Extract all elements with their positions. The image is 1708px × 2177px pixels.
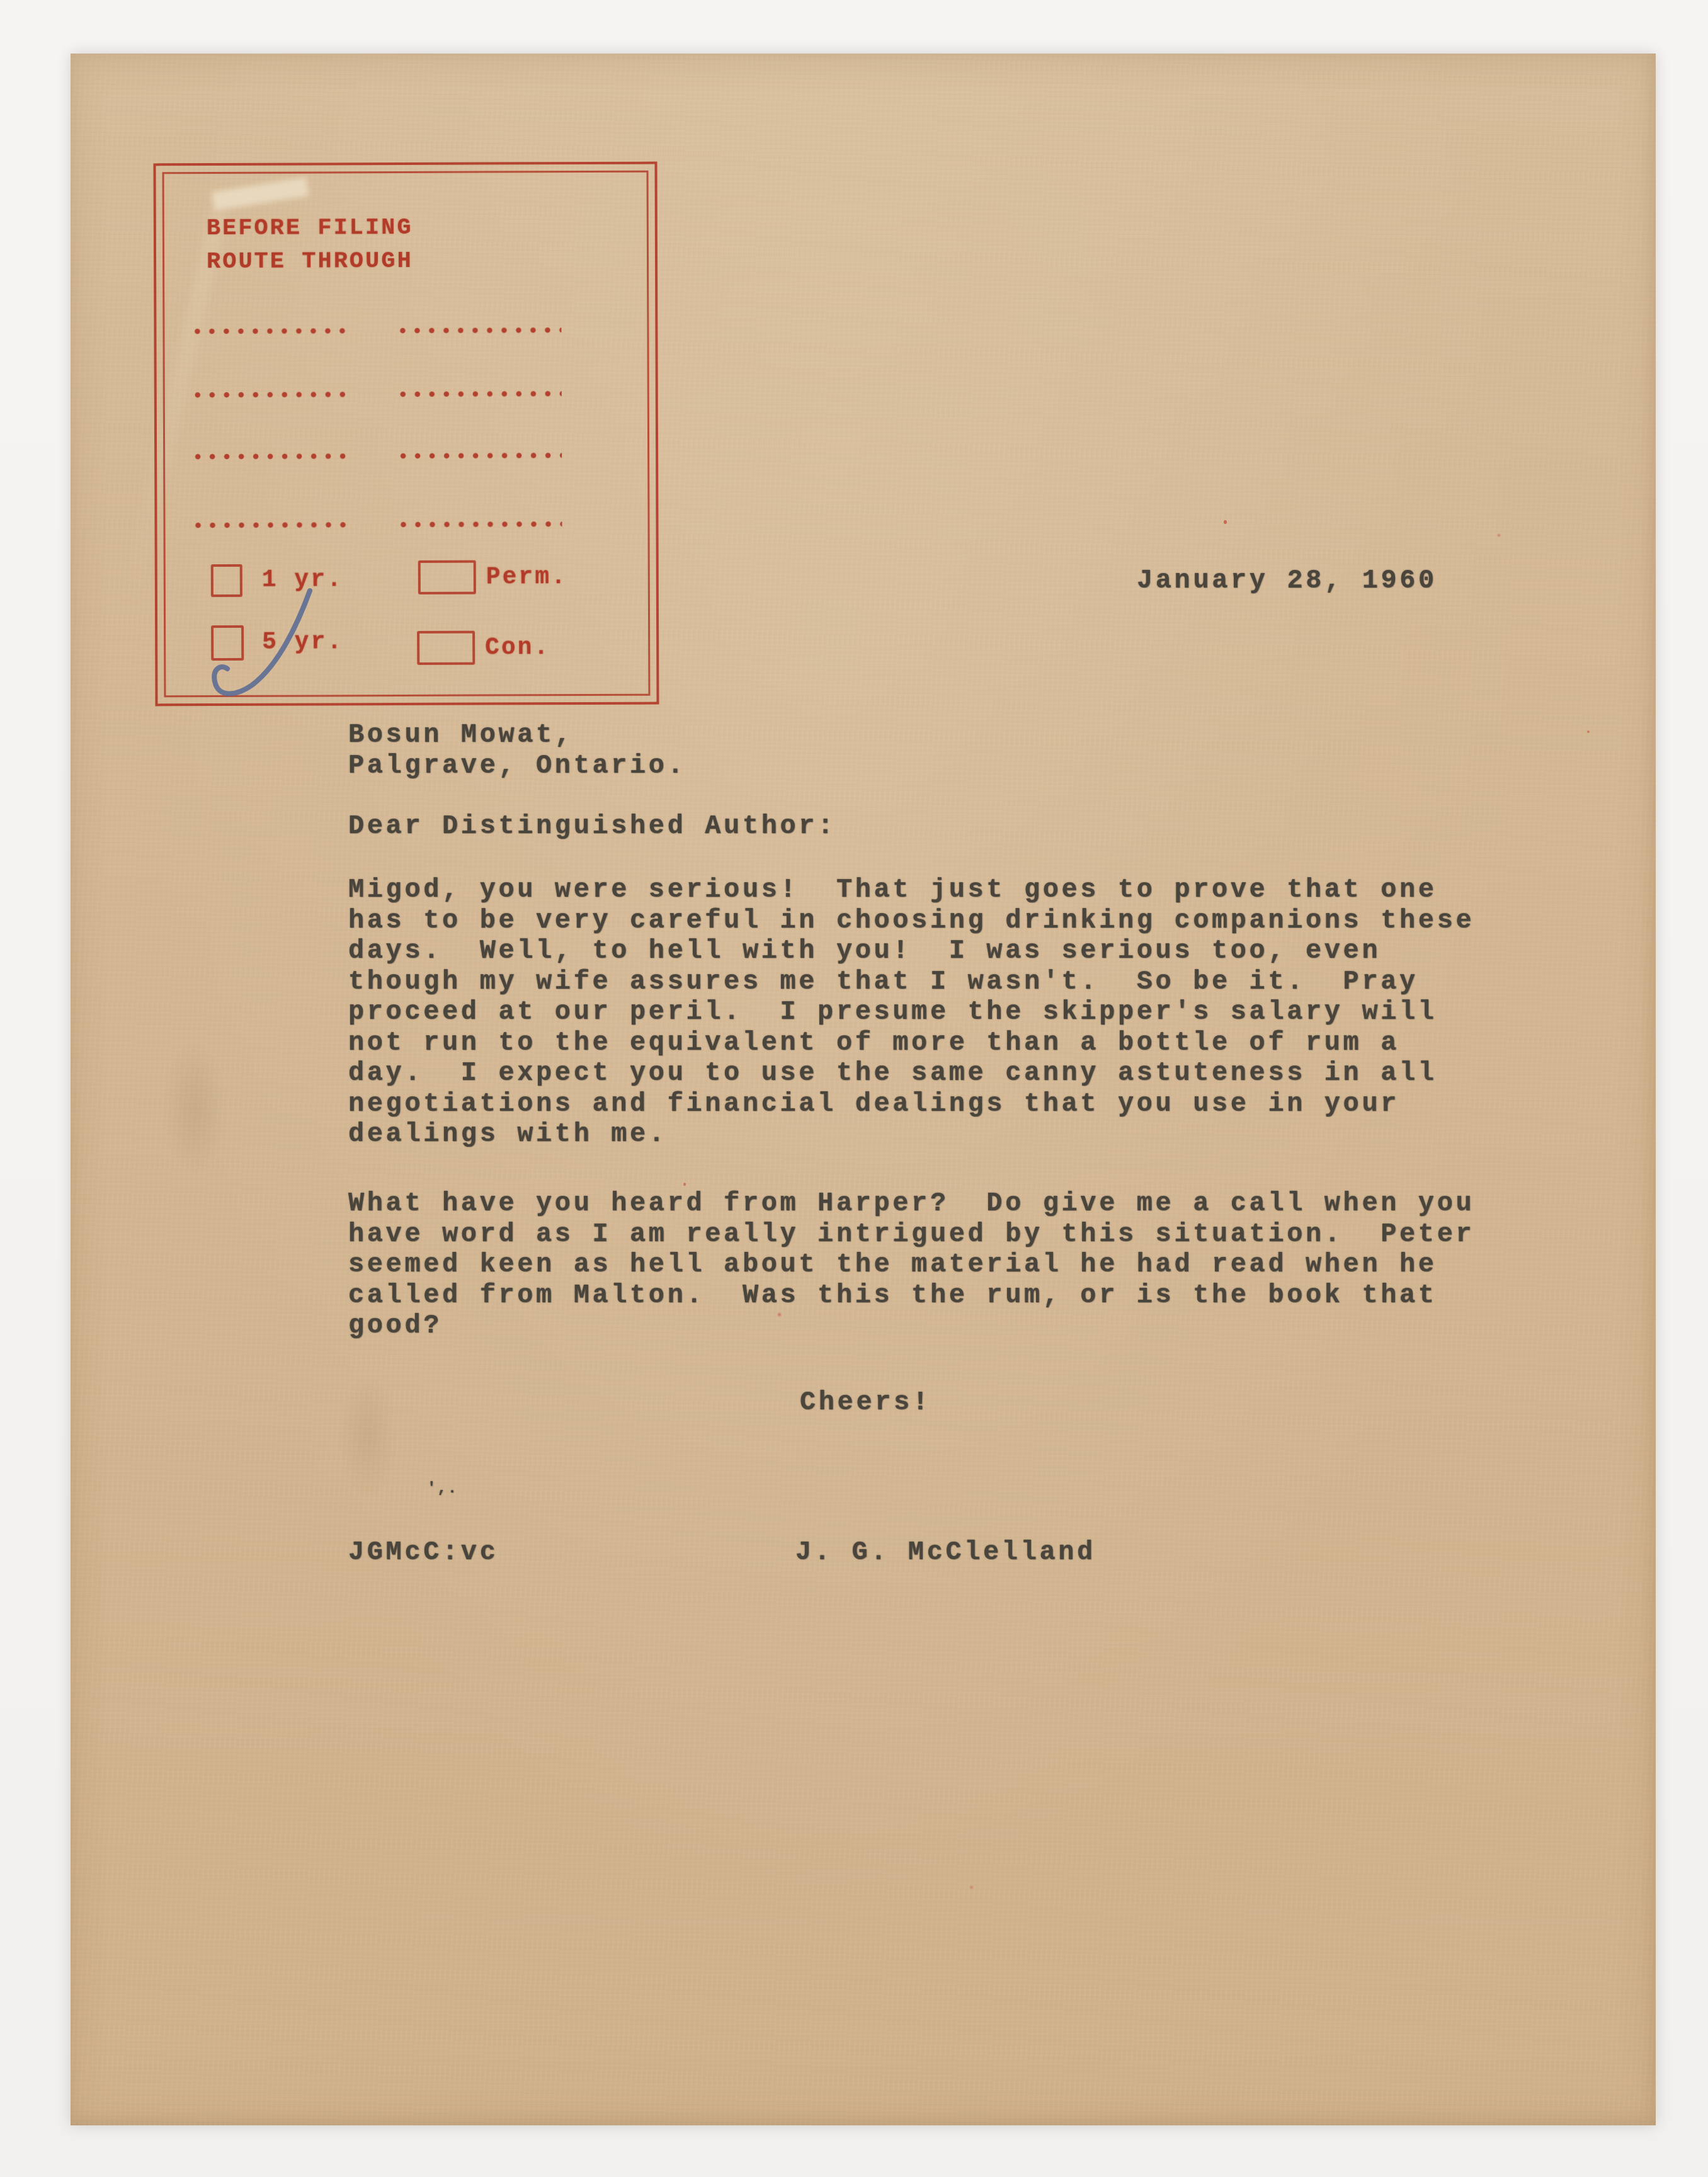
route-dotted-line (399, 452, 562, 460)
route-dotted-line (194, 452, 353, 460)
route-dotted-line (194, 390, 353, 399)
route-dotted-line (399, 390, 562, 398)
recipient-address: Bosun Mowat, Palgrave, Ontario. (348, 720, 686, 781)
typist-initials: JGMcC:vc (348, 1537, 498, 1568)
red-speck (970, 1886, 973, 1889)
salutation: Dear Distinguished Author: (348, 811, 836, 842)
body-paragraph-1: Migod, you were serious! That just goes … (348, 875, 1474, 1150)
paper-stain (341, 1376, 395, 1496)
paper-stain (165, 1042, 225, 1174)
closing: Cheers! (800, 1387, 931, 1418)
route-dotted-line (194, 521, 353, 529)
route-dotted-line (399, 326, 561, 334)
route-dotted-line (193, 327, 353, 335)
body-paragraph-2: What have you heard from Harper? Do give… (348, 1188, 1474, 1341)
signature-name: J. G. McClelland (795, 1537, 1096, 1568)
red-speck (1587, 730, 1590, 733)
letter-date: January 28, 1960 (1137, 566, 1437, 596)
checkbox-con (417, 631, 475, 665)
stray-ink-mark: ',. (427, 1474, 458, 1505)
red-speck (1224, 520, 1227, 524)
checkbox-con-label: Con. (485, 632, 550, 664)
red-speck (1498, 534, 1500, 537)
route-dotted-line (399, 520, 562, 528)
scan-background: BEFORE FILING ROUTE THROUGH 1 yr. Perm. … (0, 0, 1708, 2177)
checkbox-perm-label: Perm. (486, 561, 567, 594)
checkbox-perm (418, 560, 476, 594)
letter-page: BEFORE FILING ROUTE THROUGH 1 yr. Perm. … (71, 54, 1656, 2125)
routing-stamp-header: BEFORE FILING ROUTE THROUGH (207, 212, 413, 279)
pen-checkmark (189, 579, 353, 724)
red-speck (683, 1183, 686, 1186)
